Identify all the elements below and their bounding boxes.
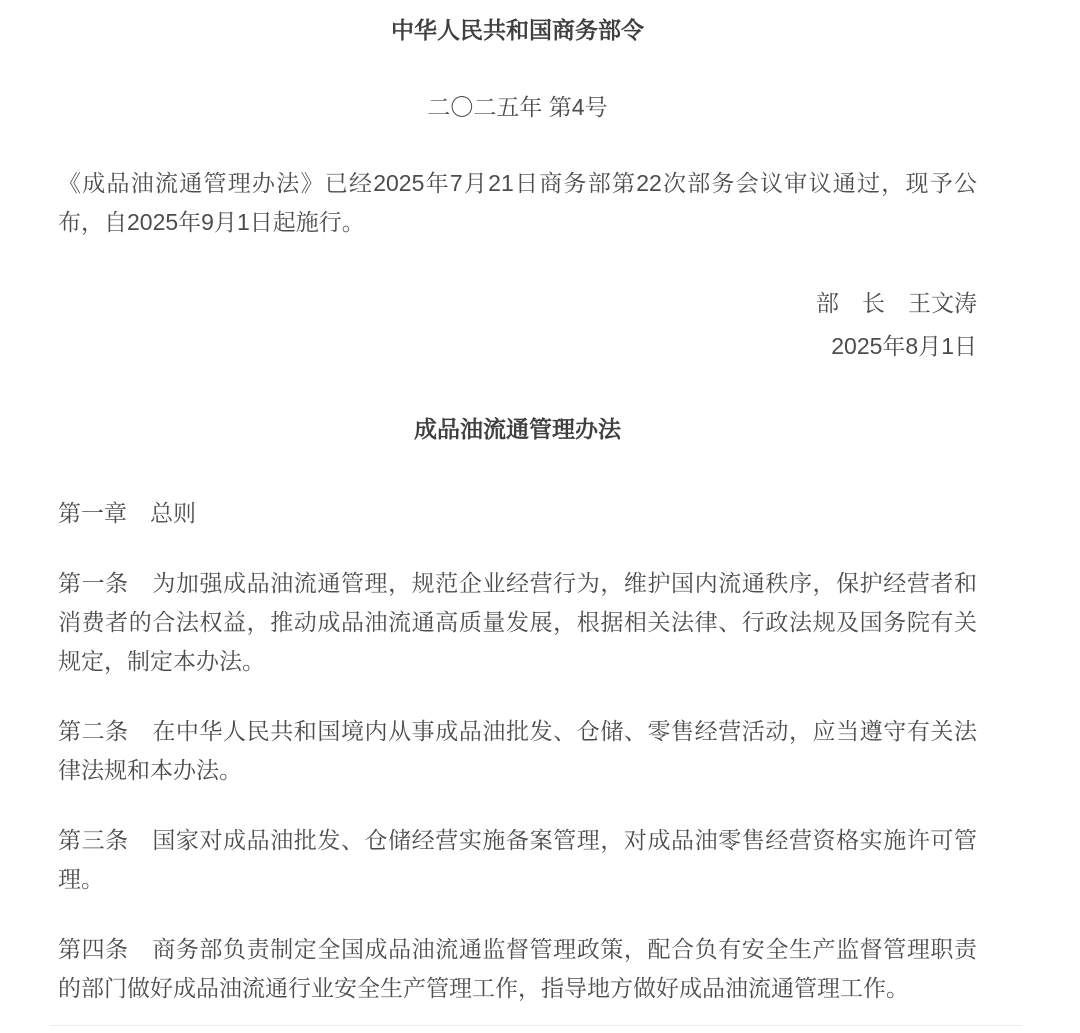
decree-number: 二〇二五年 第4号 (58, 94, 977, 120)
signature-date: 2025年8月1日 (58, 333, 977, 359)
decree-document: 中华人民共和国商务部令 二〇二五年 第4号 《成品油流通管理办法》已经2025年… (0, 0, 1080, 1033)
bottom-divider (50, 1025, 1022, 1026)
chapter-heading: 第一章 总则 (58, 500, 977, 526)
regulation-title: 成品油流通管理办法 (58, 416, 977, 442)
article-1: 第一条 为加强成品油流通管理，规范企业经营行为，维护国内流通秩序，保护经营者和消… (58, 564, 977, 681)
signature-signer: 部 长 王文涛 (58, 290, 977, 316)
article-2: 第二条 在中华人民共和国境内从事成品油批发、仓储、零售经营活动，应当遵守有关法律… (58, 712, 977, 790)
article-4: 第四条 商务部负责制定全国成品油流通监督管理政策，配合负有安全生产监督管理职责的… (58, 930, 977, 1008)
decree-title: 中华人民共和国商务部令 (58, 0, 977, 43)
article-3: 第三条 国家对成品油批发、仓储经营实施备案管理，对成品油零售经营资格实施许可管理… (58, 821, 977, 899)
announcement-paragraph: 《成品油流通管理办法》已经2025年7月21日商务部第22次部务会议审议通过，现… (58, 164, 977, 242)
